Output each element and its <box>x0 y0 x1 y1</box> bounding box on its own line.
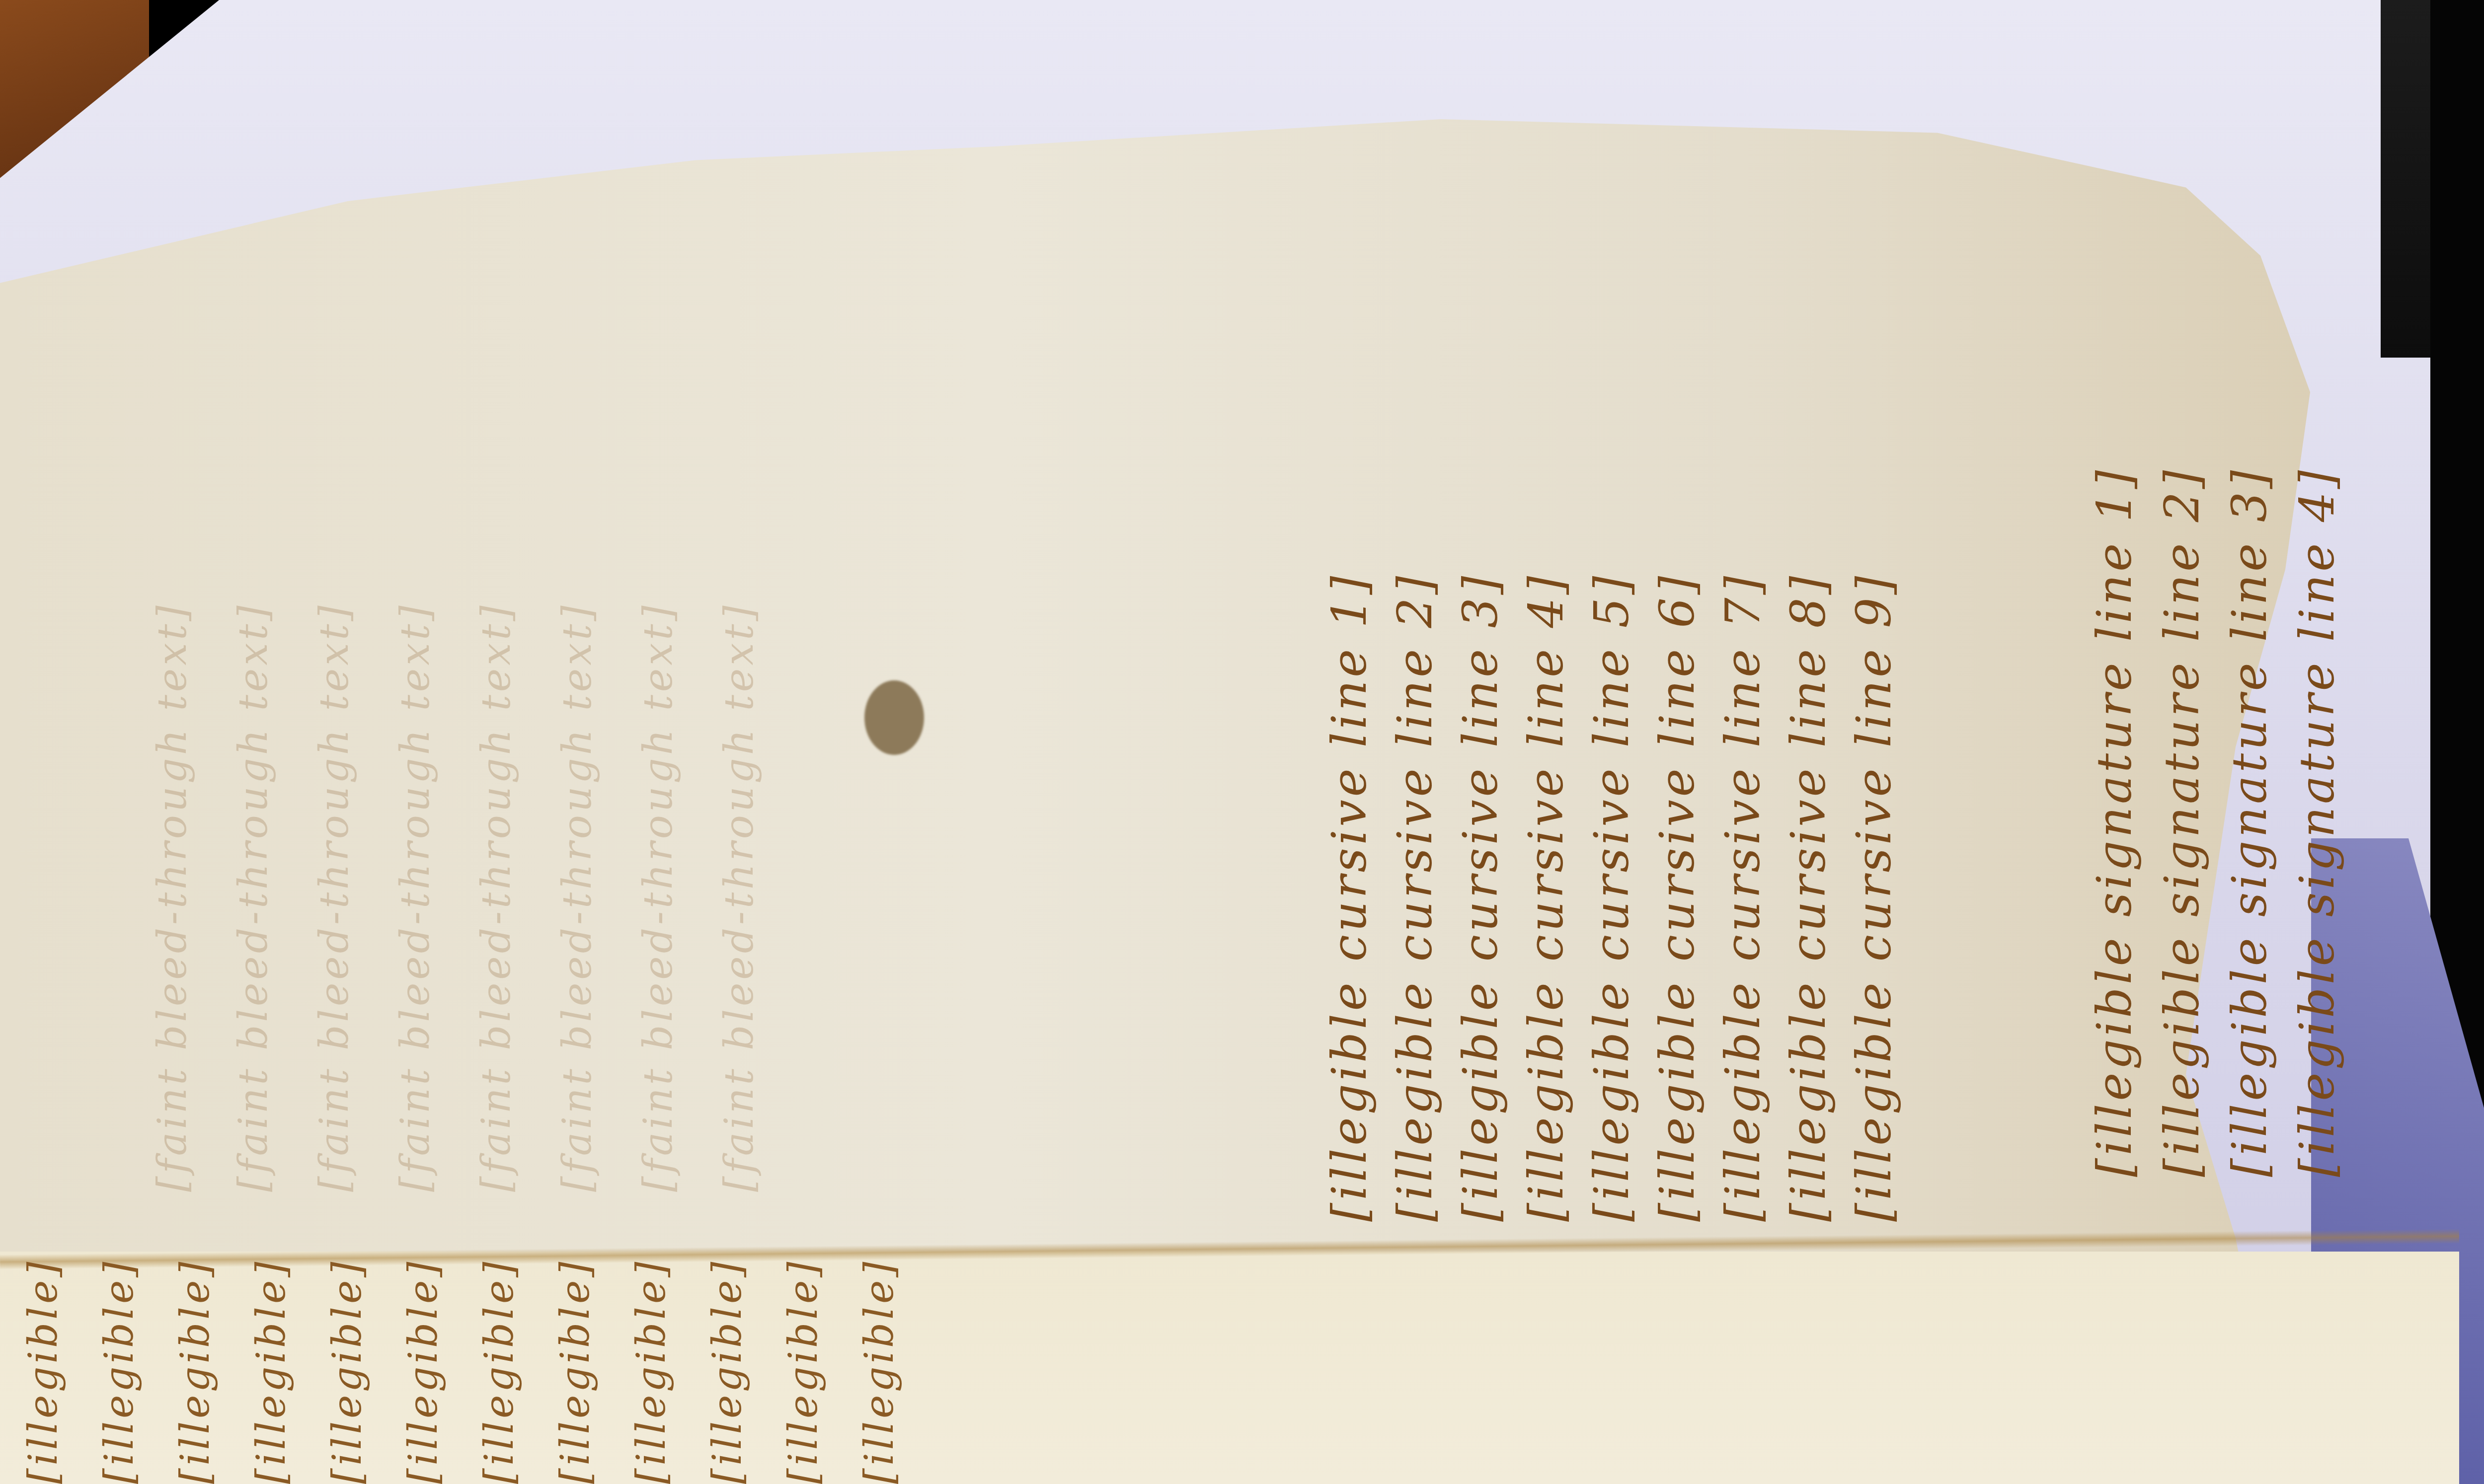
signature-line: [illegible signature line 1] <box>2087 209 2142 1177</box>
lower-line: [illegible] <box>704 1261 750 1484</box>
bleed-through-text: [faint bleed-through text] [faint bleed-… <box>149 248 762 1192</box>
lower-line: [illegible] <box>628 1261 674 1484</box>
bleed-line: [faint bleed-through text] <box>311 248 357 1192</box>
photo-scene: [faint bleed-through text] [faint bleed-… <box>0 0 2484 1484</box>
lower-line: [illegible] <box>96 1261 142 1484</box>
lower-line: [illegible] <box>248 1261 294 1484</box>
main-handwritten-block: [illegible cursive line 1] [illegible cu… <box>1321 278 1902 1222</box>
lower-line: [illegible] <box>780 1261 826 1484</box>
manuscript-line: [illegible cursive line 4] <box>1518 278 1574 1222</box>
manuscript-line: [illegible cursive line 1] <box>1321 278 1377 1222</box>
manuscript-line: [illegible cursive line 9] <box>1846 278 1902 1222</box>
bleed-line: [faint bleed-through text] <box>635 248 681 1192</box>
lower-line: [illegible] <box>400 1261 446 1484</box>
bleed-line: [faint bleed-through text] <box>716 248 762 1192</box>
lower-line: [illegible] <box>856 1261 902 1484</box>
manuscript-line: [illegible cursive line 5] <box>1584 278 1639 1222</box>
manuscript-line: [illegible cursive line 8] <box>1781 278 1836 1222</box>
signature-line: [illegible signature line 4] <box>2289 209 2345 1177</box>
lower-line: [illegible] <box>172 1261 218 1484</box>
manuscript-line: [illegible cursive line 2] <box>1387 278 1443 1222</box>
lower-line: [illegible] <box>552 1261 598 1484</box>
bleed-line: [faint bleed-through text] <box>473 248 519 1192</box>
signature-line: [illegible signature line 2] <box>2154 209 2210 1177</box>
lower-line: [illegible] <box>476 1261 522 1484</box>
manuscript-line: [illegible cursive line 7] <box>1715 278 1771 1222</box>
signature-block: [illegible signature line 1] [illegible … <box>2087 209 2345 1177</box>
bleed-line: [faint bleed-through text] <box>149 248 195 1192</box>
ink-stain <box>864 680 924 755</box>
bleed-line: [faint bleed-through text] <box>554 248 600 1192</box>
manuscript-line: [illegible cursive line 3] <box>1453 278 1508 1222</box>
signature-line: [illegible signature line 3] <box>2222 209 2277 1177</box>
manuscript-line: [illegible cursive line 6] <box>1649 278 1705 1222</box>
bleed-line: [faint bleed-through text] <box>230 248 276 1192</box>
lower-leaf-text: [illegible] [illegible] [illegible] [ill… <box>0 1261 1163 1484</box>
bleed-line: [faint bleed-through text] <box>392 248 438 1192</box>
lower-line: [illegible] <box>20 1261 66 1484</box>
lower-line: [illegible] <box>324 1261 370 1484</box>
